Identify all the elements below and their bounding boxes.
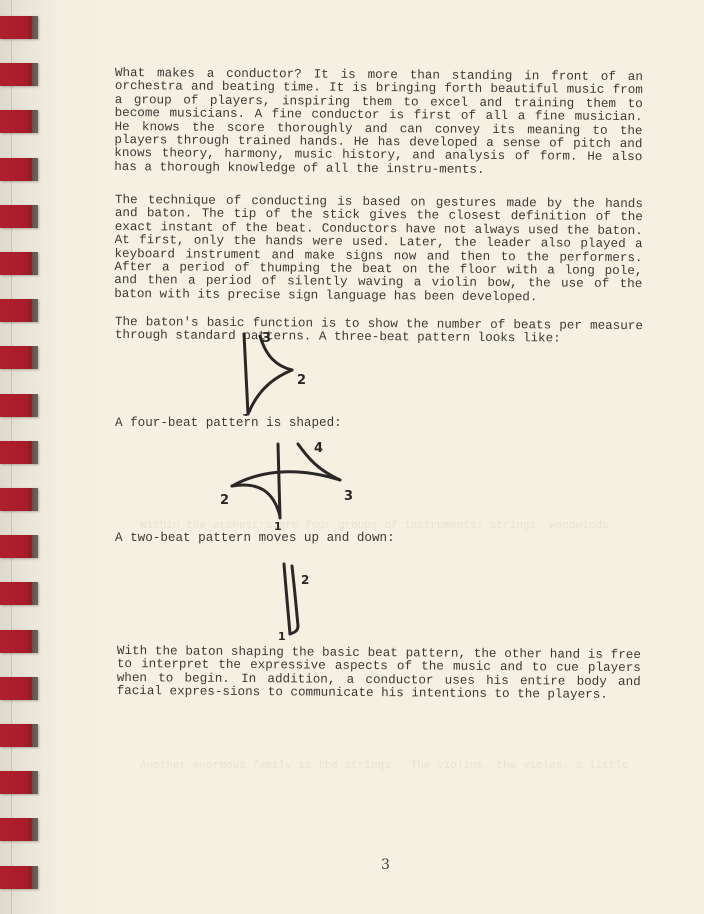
binding-ring xyxy=(0,488,38,511)
binding-ring xyxy=(0,724,38,747)
binding-ring xyxy=(0,16,38,39)
binding-ring xyxy=(0,771,38,794)
two-beat-pattern-diagram: 2 1 xyxy=(270,560,320,640)
binding-ring xyxy=(0,110,38,133)
beat-label: 1 xyxy=(242,412,250,416)
binding-ring xyxy=(0,63,38,86)
paragraph-other-hand: With the baton shaping the basic beat pa… xyxy=(117,645,641,703)
spiral-binding xyxy=(0,0,45,914)
page-number: 3 xyxy=(381,857,390,873)
binding-ring xyxy=(0,866,38,889)
beat-label: 2 xyxy=(301,573,309,587)
paragraph-baton-function: The baton's basic function is to show th… xyxy=(115,316,643,347)
binding-ring xyxy=(0,582,38,605)
binding-ring xyxy=(0,818,38,841)
binding-ring xyxy=(0,630,38,653)
binding-ring xyxy=(0,299,38,322)
binding-ring xyxy=(0,158,38,181)
beat-label: 1 xyxy=(274,520,282,530)
binding-ring xyxy=(0,252,38,275)
binding-ring xyxy=(0,677,38,700)
paragraph-what-makes-a-conductor: What makes a conductor? It is more than … xyxy=(114,67,643,178)
beat-label: 2 xyxy=(297,373,306,388)
binding-ring xyxy=(0,394,38,417)
book-page: Within the orchestra are four groups of … xyxy=(0,0,704,914)
binding-ring xyxy=(0,205,38,228)
caption-four-beat-pattern: A four-beat pattern is shaped: xyxy=(115,417,342,430)
beat-label: 2 xyxy=(220,493,229,508)
four-beat-pattern-diagram: 4 3 2 1 xyxy=(218,440,358,530)
show-through-text: Another enormous family is the strings. … xyxy=(140,760,628,772)
three-beat-pattern-diagram: 3 2 1 xyxy=(230,326,320,416)
beat-label: 3 xyxy=(262,331,271,346)
beat-label: 1 xyxy=(278,630,286,640)
binding-ring xyxy=(0,346,38,369)
beat-label: 4 xyxy=(314,441,323,456)
paragraph-technique-of-conducting: The technique of conducting is based on … xyxy=(114,194,643,305)
binding-ring xyxy=(0,535,38,558)
caption-two-beat-pattern: A two-beat pattern moves up and down: xyxy=(115,532,395,545)
beat-label: 3 xyxy=(344,489,353,504)
binding-ring xyxy=(0,441,38,464)
